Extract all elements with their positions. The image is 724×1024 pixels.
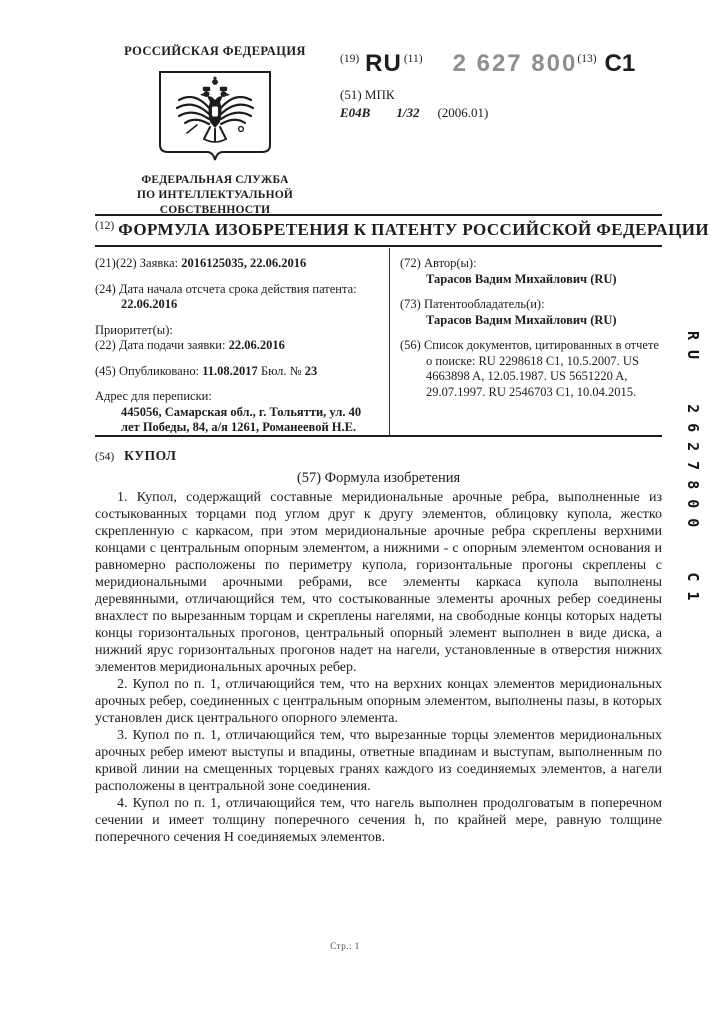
inid-code-51: (51) [340, 87, 362, 102]
address-label: Адрес для переписки: [95, 389, 212, 403]
authority-name: ФЕДЕРАЛЬНАЯ СЛУЖБА ПО ИНТЕЛЛЕКТУАЛЬНОЙ С… [95, 173, 335, 218]
term-start-label: Дата начала отсчета срока действия патен… [119, 282, 357, 296]
inid-code-72: (72) [400, 256, 421, 270]
biblio-left-column: (21)(22) Заявка: 2016125035, 22.06.2016 … [95, 248, 390, 435]
inid-code-12: (12) [95, 220, 114, 232]
holders-label: Патентообладатель(и): [424, 297, 545, 311]
inid-code-22: (22) [95, 338, 116, 352]
document-title: ФОРМУЛА ИЗОБРЕТЕНИЯ К ПАТЕНТУ РОССИЙСКОЙ… [118, 220, 709, 239]
filing-date-row: (22) Дата подачи заявки: 22.06.2016 [95, 338, 377, 354]
published-row: (45) Опубликовано: 11.08.2017 Бюл. № 23 [95, 364, 377, 380]
authority-line-1: ФЕДЕРАЛЬНАЯ СЛУЖБА [95, 173, 335, 188]
published-label: Опубликовано: [119, 364, 199, 378]
ipc-classification: E04B1/32(2006.01) [340, 105, 670, 121]
inid-code-54: (54) [95, 451, 114, 463]
filing-date-label: Дата подачи заявки: [119, 338, 226, 352]
ipc-class: E04B [340, 105, 370, 120]
formula-heading: (57) Формула изобретения [95, 470, 662, 487]
patent-holders-row: (73) Патентообладатель(и): Тарасов Вадим… [400, 297, 662, 328]
inid-code-13: (13) [577, 53, 596, 65]
inid-code-24: (24) [95, 282, 116, 296]
inid-code-73: (73) [400, 297, 421, 311]
invention-title-row: (54) КУПОЛ [95, 447, 177, 465]
inid-code-45: (45) [95, 364, 116, 378]
document-title-band: (12) ФОРМУЛА ИЗОБРЕТЕНИЯ К ПАТЕНТУ РОССИ… [95, 214, 662, 247]
country-name: РОССИЙСКАЯ ФЕДЕРАЦИЯ [95, 44, 335, 59]
ipc-heading: (51) МПК [340, 87, 670, 103]
country-code: RU [365, 50, 402, 77]
claim-1: 1. Купол, содержащий составные меридиона… [95, 489, 662, 676]
inid-code-21-22: (21)(22) [95, 256, 137, 270]
holders-value: Тарасов Вадим Михайлович (RU) [426, 313, 662, 329]
term-start-value: 22.06.2016 [121, 297, 377, 313]
authors-label: Автор(ы): [424, 256, 477, 270]
patent-number: 2 627 800 [453, 50, 578, 77]
priority-label: Приоритет(ы): [95, 323, 173, 337]
bulletin-number: 23 [305, 364, 318, 378]
page-number-label: Стр.: 1 [330, 941, 359, 951]
inid-code-56: (56) [400, 338, 421, 352]
ipc-version: (2006.01) [437, 105, 488, 120]
inid-code-11: (11) [404, 53, 423, 65]
term-start-row: (24) Дата начала отсчета срока действия … [95, 282, 377, 313]
header-left: РОССИЙСКАЯ ФЕДЕРАЦИЯ [95, 44, 335, 218]
claim-2: 2. Купол по п. 1, отличающийся тем, что … [95, 676, 662, 727]
correspondence-address-row: Адрес для переписки: 445056, Самарская о… [95, 389, 377, 436]
priority-row: Приоритет(ы): [95, 323, 377, 339]
ipc-label: МПК [365, 87, 395, 102]
application-label: Заявка: [140, 256, 178, 270]
claim-3: 3. Купол по п. 1, отличающийся тем, что … [95, 727, 662, 795]
publication-number-line: (19)RU(11)2 627 800(13)C1 [340, 50, 670, 78]
inid-code-19: (19) [340, 53, 359, 65]
bibliographic-table: (21)(22) Заявка: 2016125035, 22.06.2016 … [95, 248, 662, 437]
header-right: (19)RU(11)2 627 800(13)C1 (51) МПК E04B1… [340, 50, 670, 121]
authors-row: (72) Автор(ы): Тарасов Вадим Михайлович … [400, 256, 662, 287]
address-value: 445056, Самарская обл., г. Тольятти, ул.… [121, 405, 377, 436]
citations-row: (56) Список документов, цитированных в о… [400, 338, 662, 400]
claims-text: 1. Купол, содержащий составные меридиона… [95, 489, 662, 846]
page-number-footer: Стр.: 1 [95, 941, 595, 951]
invention-title: КУПОЛ [124, 448, 176, 463]
published-date: 11.08.2017 [202, 364, 258, 378]
biblio-right-column: (72) Автор(ы): Тарасов Вадим Михайлович … [390, 248, 662, 435]
kind-code: C1 [605, 50, 636, 77]
filing-date-value: 22.06.2016 [229, 338, 285, 352]
application-value: 2016125035, 22.06.2016 [181, 256, 306, 270]
bulletin-label: Бюл. № [261, 364, 302, 378]
claim-4: 4. Купол по п. 1, отличающийся тем, что … [95, 795, 662, 846]
coat-of-arms-russia-icon [157, 69, 273, 165]
authors-value: Тарасов Вадим Михайлович (RU) [426, 272, 662, 288]
ipc-subclass: 1/32 [396, 105, 419, 120]
patent-document-page: RU 2627800 C1 РОССИЙСКАЯ ФЕДЕРАЦИЯ [0, 0, 724, 1024]
application-row: (21)(22) Заявка: 2016125035, 22.06.2016 [95, 256, 377, 272]
sidebar-patent-number: RU 2627800 C1 [684, 331, 702, 610]
